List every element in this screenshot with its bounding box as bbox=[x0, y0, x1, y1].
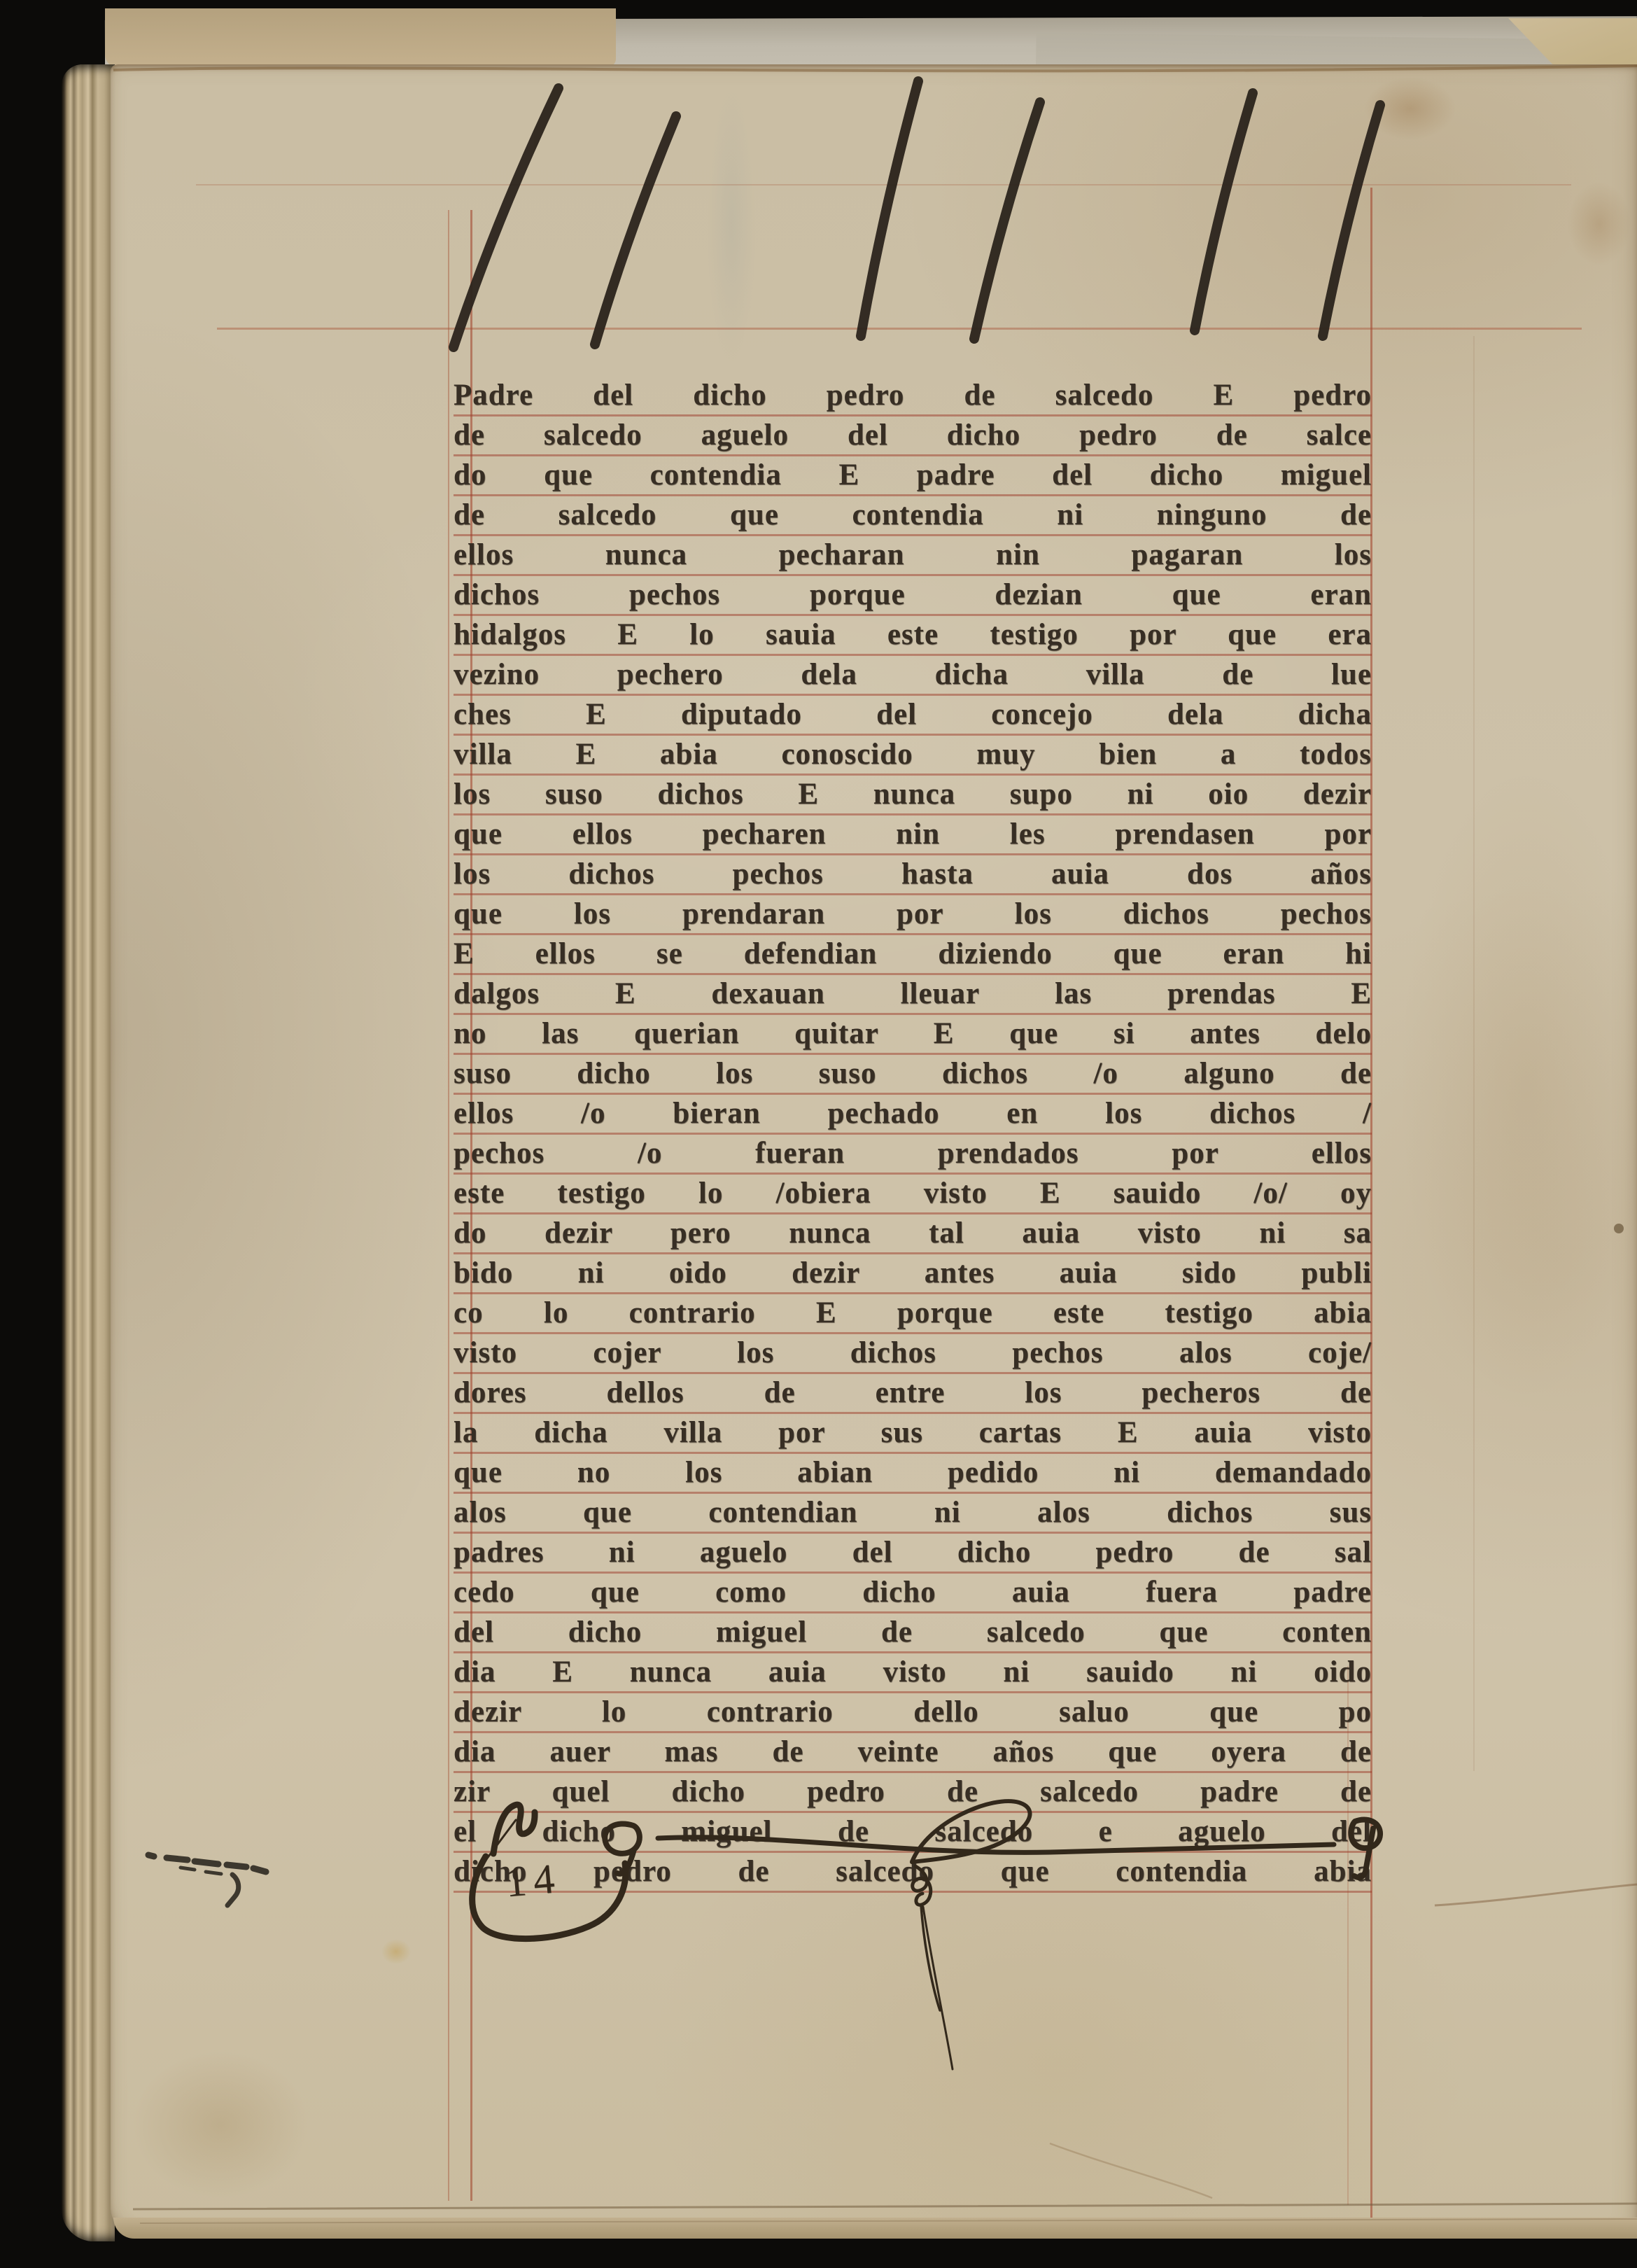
quire-signature-squiggle bbox=[493, 1805, 535, 1854]
notary-knot-descender bbox=[921, 1905, 940, 2010]
ink-smudge-comma bbox=[227, 1875, 239, 1905]
tally-slash-mark bbox=[1195, 93, 1253, 330]
tally-slash-mark bbox=[974, 102, 1040, 339]
crease-line bbox=[1435, 1884, 1637, 1905]
tally-slash-mark bbox=[1323, 105, 1380, 336]
manuscript-photo: Padre del dicho pedro de salcedo E pedro… bbox=[0, 0, 1637, 2268]
ink-smudge bbox=[148, 1855, 266, 1872]
catchline-terminal-q bbox=[1351, 1819, 1380, 1877]
tally-slash-mark bbox=[595, 116, 676, 344]
tally-slash-mark bbox=[861, 81, 918, 336]
page-bottom-crease bbox=[140, 2219, 1637, 2223]
tally-slash-mark bbox=[454, 88, 558, 347]
page-bottom-crease bbox=[133, 2204, 1637, 2209]
page-top-edge-line bbox=[113, 66, 1637, 71]
ink-smudge bbox=[181, 1868, 221, 1874]
quire-signature-loop bbox=[472, 1856, 626, 1939]
crease-line bbox=[1050, 2143, 1212, 2198]
notary-knot-descender bbox=[923, 1907, 953, 2069]
ink-marks-overlay bbox=[0, 0, 1637, 2268]
notary-knot-flourish bbox=[913, 1866, 931, 1905]
